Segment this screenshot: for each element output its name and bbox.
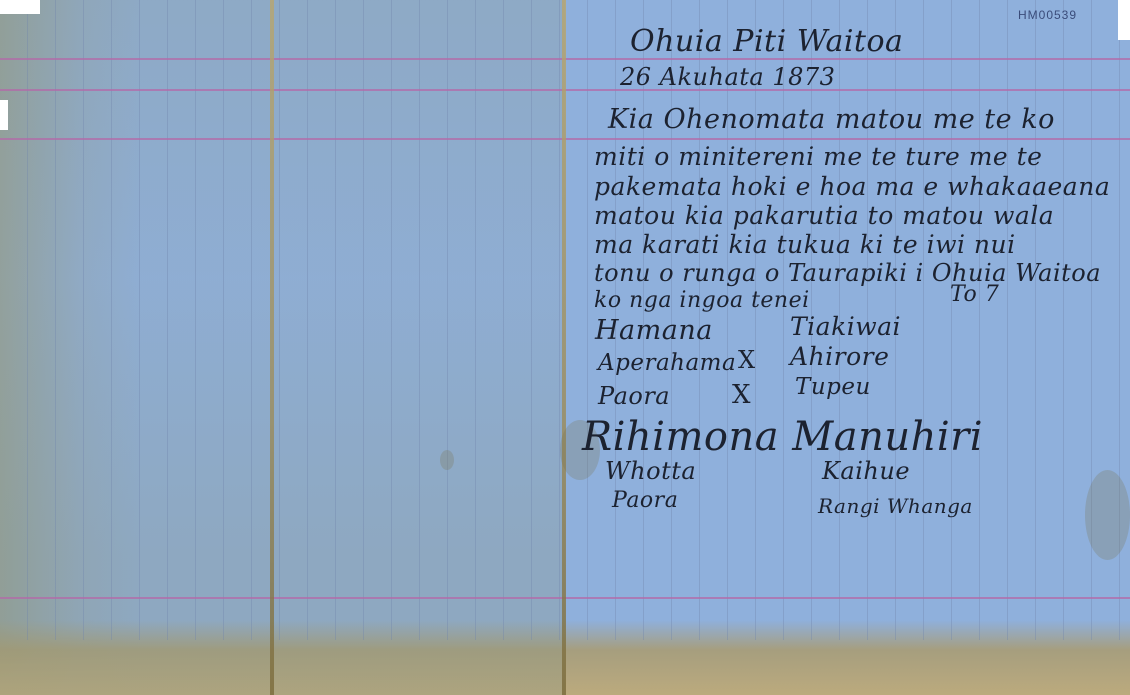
signatory-name: Ahirore [790, 342, 889, 371]
count-note: To 7 [950, 282, 999, 307]
body-line: tonu o runga o Taurapiki i Ohuia Waitoa [594, 259, 1101, 287]
catalog-number: HM00539 [1018, 8, 1077, 22]
body-line: matou kia pakarutia to matou wala [594, 201, 1054, 230]
signatory-name: Aperahama [598, 350, 736, 376]
signatory-name: Hamana [595, 315, 713, 346]
stain [1085, 470, 1130, 560]
letter-scan: HM00539 Ohuia Piti Waitoa 26 Akuhata 187… [0, 0, 1130, 695]
witness-name: Whotta [605, 457, 696, 485]
main-signature: Rihimona Manuhiri [582, 414, 983, 460]
signatory-name: Tupeu [795, 374, 871, 400]
signatory-name: Paora [598, 382, 670, 410]
signature-mark: X [738, 346, 756, 374]
torn-corner [0, 0, 40, 14]
fold-crease [562, 0, 566, 695]
body-line: miti o minitereni me te ture me te [594, 142, 1042, 171]
torn-edge [0, 100, 8, 130]
witness-name: Rangi Whanga [818, 494, 973, 518]
signature-mark: X [732, 380, 751, 410]
body-line: ma karati kia tukua ki te iwi nui [594, 230, 1016, 259]
witness-name: Kaihue [822, 457, 910, 485]
torn-edge [1118, 0, 1130, 40]
fold-crease [270, 0, 274, 695]
signatory-name: Tiakiwai [790, 312, 901, 341]
ink-blot [440, 450, 454, 470]
body-line: Kia Ohenomata matou me te ko [608, 104, 1055, 135]
letter-place: Ohuia Piti Waitoa [630, 24, 903, 59]
letter-date: 26 Akuhata 1873 [620, 63, 835, 91]
witness-name: Paora [612, 488, 678, 513]
body-line: ko nga ingoa tenei [594, 288, 810, 313]
body-line: pakemata hoki e hoa ma e whakaaeana [594, 172, 1110, 201]
